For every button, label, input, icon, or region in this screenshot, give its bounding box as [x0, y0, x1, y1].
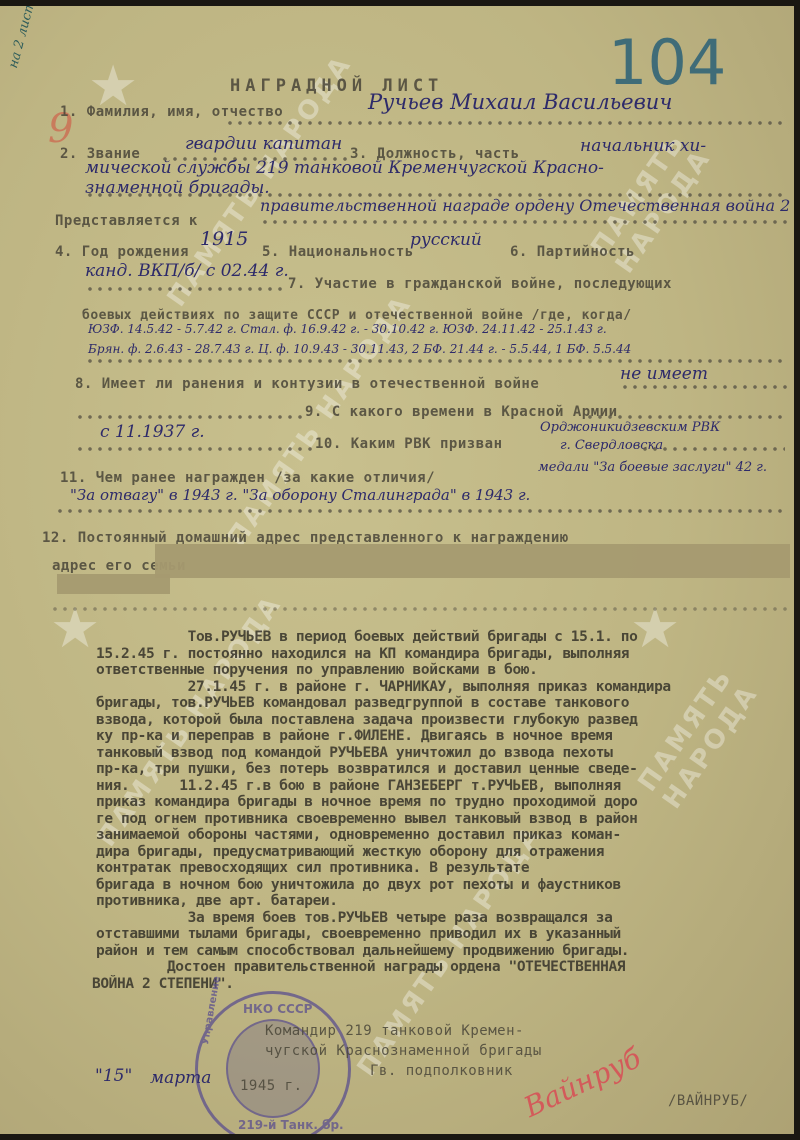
service-line-2: Брян. ф. 2.6.43 - 28.7.43 г. Ц. ф. 10.9.… — [88, 342, 631, 356]
date-day: "15" — [95, 1066, 132, 1086]
date-year: 1945 г. — [240, 1078, 303, 1094]
draft-office-line-1: Орджоникидзевским РВК — [540, 420, 720, 435]
dotted-line — [260, 219, 790, 225]
narrative-line: взвода, которой была поставлена задача п… — [96, 712, 794, 728]
narrative-line: танковый взвод под командой РУЧЬЕВА унич… — [96, 745, 794, 761]
narrative-line: противника, две арт. батареи. — [96, 893, 794, 909]
dotted-line — [620, 384, 790, 390]
signatory-name: /ВАЙНРУБ/ — [668, 1093, 748, 1109]
redacted-address — [155, 544, 790, 578]
full-name: Ручьев Михаил Васильевич — [368, 90, 672, 114]
dotted-line — [225, 120, 785, 126]
narrative-line: За время боев тов.РУЧЬЕВ четыре раза воз… — [96, 910, 794, 926]
birth-year: 1915 — [200, 228, 248, 250]
position-line-2: мической службы 219 танковой Кременчугск… — [85, 158, 604, 178]
narrative-line: Достоен правительственной награды ордена… — [92, 959, 792, 975]
narrative-line: ВОЙНА 2 СТЕПЕНИ". — [92, 976, 792, 992]
signature-line-1: Командир 219 танковой Кремен- — [265, 1023, 524, 1039]
narrative-line: ния. 11.2.45 г.в бою в районе ГАНЗЕБЕРГ … — [96, 778, 794, 794]
margin-note: на 2 листах — [6, 6, 42, 70]
award-label: Представляется к — [55, 213, 198, 229]
wounds: не имеет — [620, 364, 708, 384]
narrative-line: бригады, тов.РУЧЬЕВ командовал разведгру… — [96, 695, 794, 711]
dotted-line — [75, 414, 305, 420]
narrative-line: отставшими тылами бригады, своевременно … — [96, 926, 794, 942]
field-5-label: 5. Национальность — [262, 244, 414, 260]
dotted-line — [640, 446, 785, 452]
narrative-line: бригада в ночном бою уничтожила до двух … — [96, 877, 794, 893]
narrative-line: контратак превосходящих сил противника. … — [96, 860, 794, 876]
narrative-line: ответственные поручения по управлению во… — [96, 662, 794, 678]
narrative-line: ге под огнем противника своевременно выв… — [96, 811, 794, 827]
narrative-line: пр-ка, три пушки, без потерь возвратился… — [96, 761, 794, 777]
narrative-line: район и тем самым способствовал дальнейш… — [96, 943, 794, 959]
narrative-line: 15.2.45 г. постоянно находился на КП ком… — [96, 646, 794, 662]
field-7-label-line-1: 7. Участие в гражданской войне, последую… — [288, 276, 672, 292]
field-4-label: 4. Год рождения — [55, 244, 189, 260]
field-7-label-line-2: боевых действиях по защите СССР и отечес… — [82, 308, 632, 323]
position-line-1: начальник хи- — [580, 136, 706, 156]
signature-line-2: чугской Краснознаменной бригады — [265, 1043, 542, 1059]
signature-rank: Гв. подполковник — [370, 1063, 513, 1079]
field-1-label: 1. Фамилия, имя, отчество — [60, 104, 283, 120]
narrative-line: дира бригады, предусматривающий жесткую … — [96, 844, 794, 860]
field-9-label: 9. С какого времени в Красной Армии — [305, 404, 618, 420]
award-sheet: ★ ПАМЯТЬ НАРОДА ПАМЯТЬ НАРОДА ПАМЯТЬ НАР… — [0, 6, 794, 1134]
field-11-label: 11. Чем ранее награжден /за какие отличи… — [60, 470, 435, 486]
service-line-1: ЮЗФ. 14.5.42 - 5.7.42 г. Стал. ф. 16.9.4… — [88, 322, 607, 336]
dotted-line — [85, 286, 285, 292]
stamp-text: 219-й Танк. бр. — [238, 1118, 344, 1132]
narrative-line: 27.1.45 г. в районе г. ЧАРНИКАУ, выполня… — [96, 679, 794, 695]
party: канд. ВКП/б/ с 02.44 г. — [85, 261, 289, 281]
official-stamp: НКО СССР 219-й Танк. бр. Управление — [195, 991, 351, 1134]
stamp-text: НКО СССР — [243, 1002, 312, 1016]
previous-awards-line-2: "За отвагу" в 1943 г. "За оборону Сталин… — [70, 486, 530, 504]
army-since: с 11.1937 г. — [100, 422, 205, 442]
field-10-label: 10. Каким РВК призван — [315, 436, 503, 452]
field-6-label: 6. Партийность — [510, 244, 635, 260]
narrative-line: приказ командира бригады в ночное время … — [96, 794, 794, 810]
nationality: русский — [410, 230, 482, 250]
archive-number: 104 — [608, 26, 726, 99]
redacted-address — [57, 574, 170, 594]
dotted-line — [75, 446, 315, 452]
narrative-line: ку пр-ка и переправ в районе г.ФИЛЕНЕ. Д… — [96, 728, 794, 744]
previous-awards-line-1: медали "За боевые заслуги" 42 г. — [538, 460, 767, 475]
dotted-line — [55, 508, 785, 514]
narrative-line: занимаемой обороны частями, одновременно… — [96, 827, 794, 843]
award-value: правительственной награде ордену Отечест… — [260, 196, 794, 215]
field-8-label: 8. Имеет ли ранения и контузии в отечест… — [75, 376, 539, 392]
date-month: марта — [150, 1068, 211, 1088]
narrative-line: Тов.РУЧЬЕВ в период боевых действий бриг… — [96, 629, 794, 645]
dotted-line — [50, 606, 790, 612]
rank: гвардии капитан — [185, 134, 342, 154]
